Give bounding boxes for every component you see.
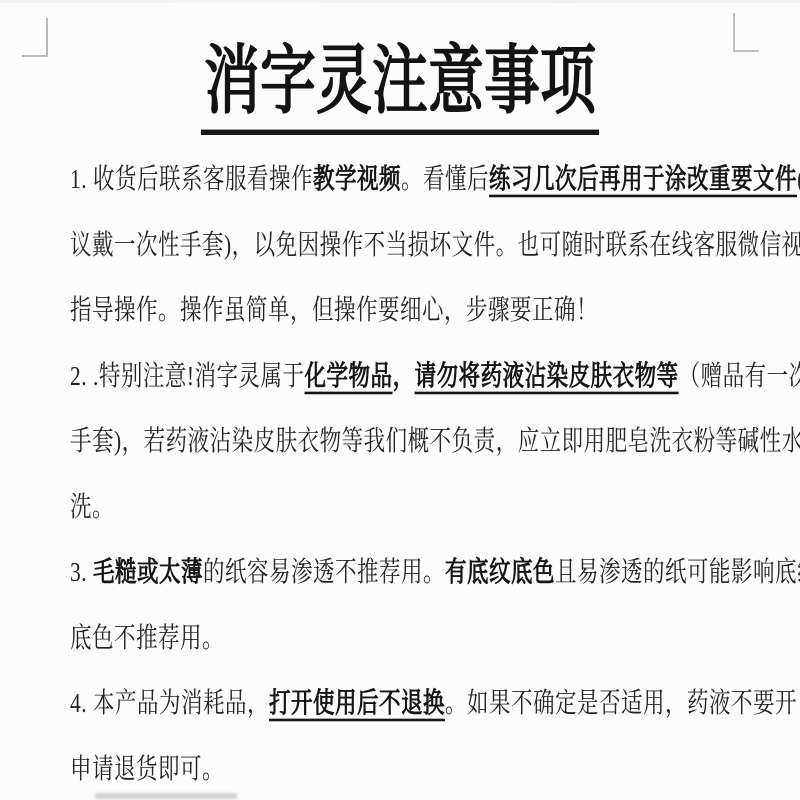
text-line: 1. 收货后联系客服看操作教学视频。看懂后练习几次后再用于涂改重要文件(建: [70, 161, 800, 197]
emphasized-text-segment: ，: [393, 360, 415, 391]
cut-off-next-line: [95, 793, 237, 799]
emphasized-text-segment: 化学物品: [305, 360, 393, 391]
emphasized-text-segment: 教学视频: [313, 163, 401, 194]
text-line: 申请退货即可。: [70, 750, 224, 786]
emphasized-text-segment: 练习几次后再用于涂改重要文件: [489, 163, 797, 194]
text-segment: 且易渗透的纸可能影响底纹: [555, 556, 800, 587]
text-line: 2. .特别注意!消字灵属于化学物品，请勿将药液沾染皮肤衣物等（赠品有一次性: [70, 357, 800, 393]
text-segment: 手套)，若药液沾染皮肤衣物等我们概不负责，应立即用肥皂洗衣粉等碱性水冲: [70, 425, 800, 456]
text-line: 指导操作。操作虽简单，但操作要细心，步骤要正确！: [70, 292, 598, 328]
text-line: 3. 毛糙或太薄的纸容易渗透不推荐用。有底纹底色且易渗透的纸可能影响底纹: [70, 554, 800, 590]
text-segment: 的纸容易渗透不推荐用。: [203, 556, 445, 587]
emphasized-text-segment: 请勿将药液沾染皮肤衣物等: [415, 360, 679, 391]
text-line: 手套)，若药液沾染皮肤衣物等我们概不负责，应立即用肥皂洗衣粉等碱性水冲: [70, 423, 800, 459]
text-line: 底色不推荐用。: [70, 619, 224, 655]
text-line: 洗。: [70, 488, 114, 524]
text-line: 议戴一次性手套)，以免因操作不当损坏文件。也可随时联系在线客服微信视频: [70, 226, 800, 262]
text-segment: （赠品有一次性: [679, 360, 800, 391]
document-page: 消字灵注意事项 1. 收货后联系客服看操作教学视频。看懂后练习几次后再用于涂改重…: [0, 0, 800, 800]
emphasized-text-segment: 有底纹底色: [445, 556, 555, 587]
text-segment: 洗。: [70, 491, 114, 522]
text-segment: 1. 收货后联系客服看操作: [70, 163, 313, 194]
text-segment: 4. 本产品为消耗品，: [70, 687, 269, 718]
text-segment: 。如果不确定是否适用，药液不要开口: [445, 687, 800, 718]
emphasized-text-segment: 打开使用后不退换: [269, 687, 445, 718]
text-line: 4. 本产品为消耗品，打开使用后不退换。如果不确定是否适用，药液不要开口: [70, 685, 800, 721]
document-body: 1. 收货后联系客服看操作教学视频。看懂后练习几次后再用于涂改重要文件(建议戴一…: [0, 0, 800, 800]
text-segment: 2. .特别注意!消字灵属于: [70, 360, 305, 391]
text-segment: 指导操作。操作虽简单，但操作要细心，步骤要正确！: [70, 294, 598, 325]
text-segment: 。看懂后: [401, 163, 489, 194]
text-segment: 底色不推荐用。: [70, 622, 224, 653]
text-segment: 3.: [70, 556, 93, 587]
text-segment: 申请退货即可。: [70, 753, 224, 784]
emphasized-text-segment: 毛糙或太薄: [93, 556, 203, 587]
text-segment: 议戴一次性手套)，以免因操作不当损坏文件。也可随时联系在线客服微信视频: [70, 229, 800, 260]
